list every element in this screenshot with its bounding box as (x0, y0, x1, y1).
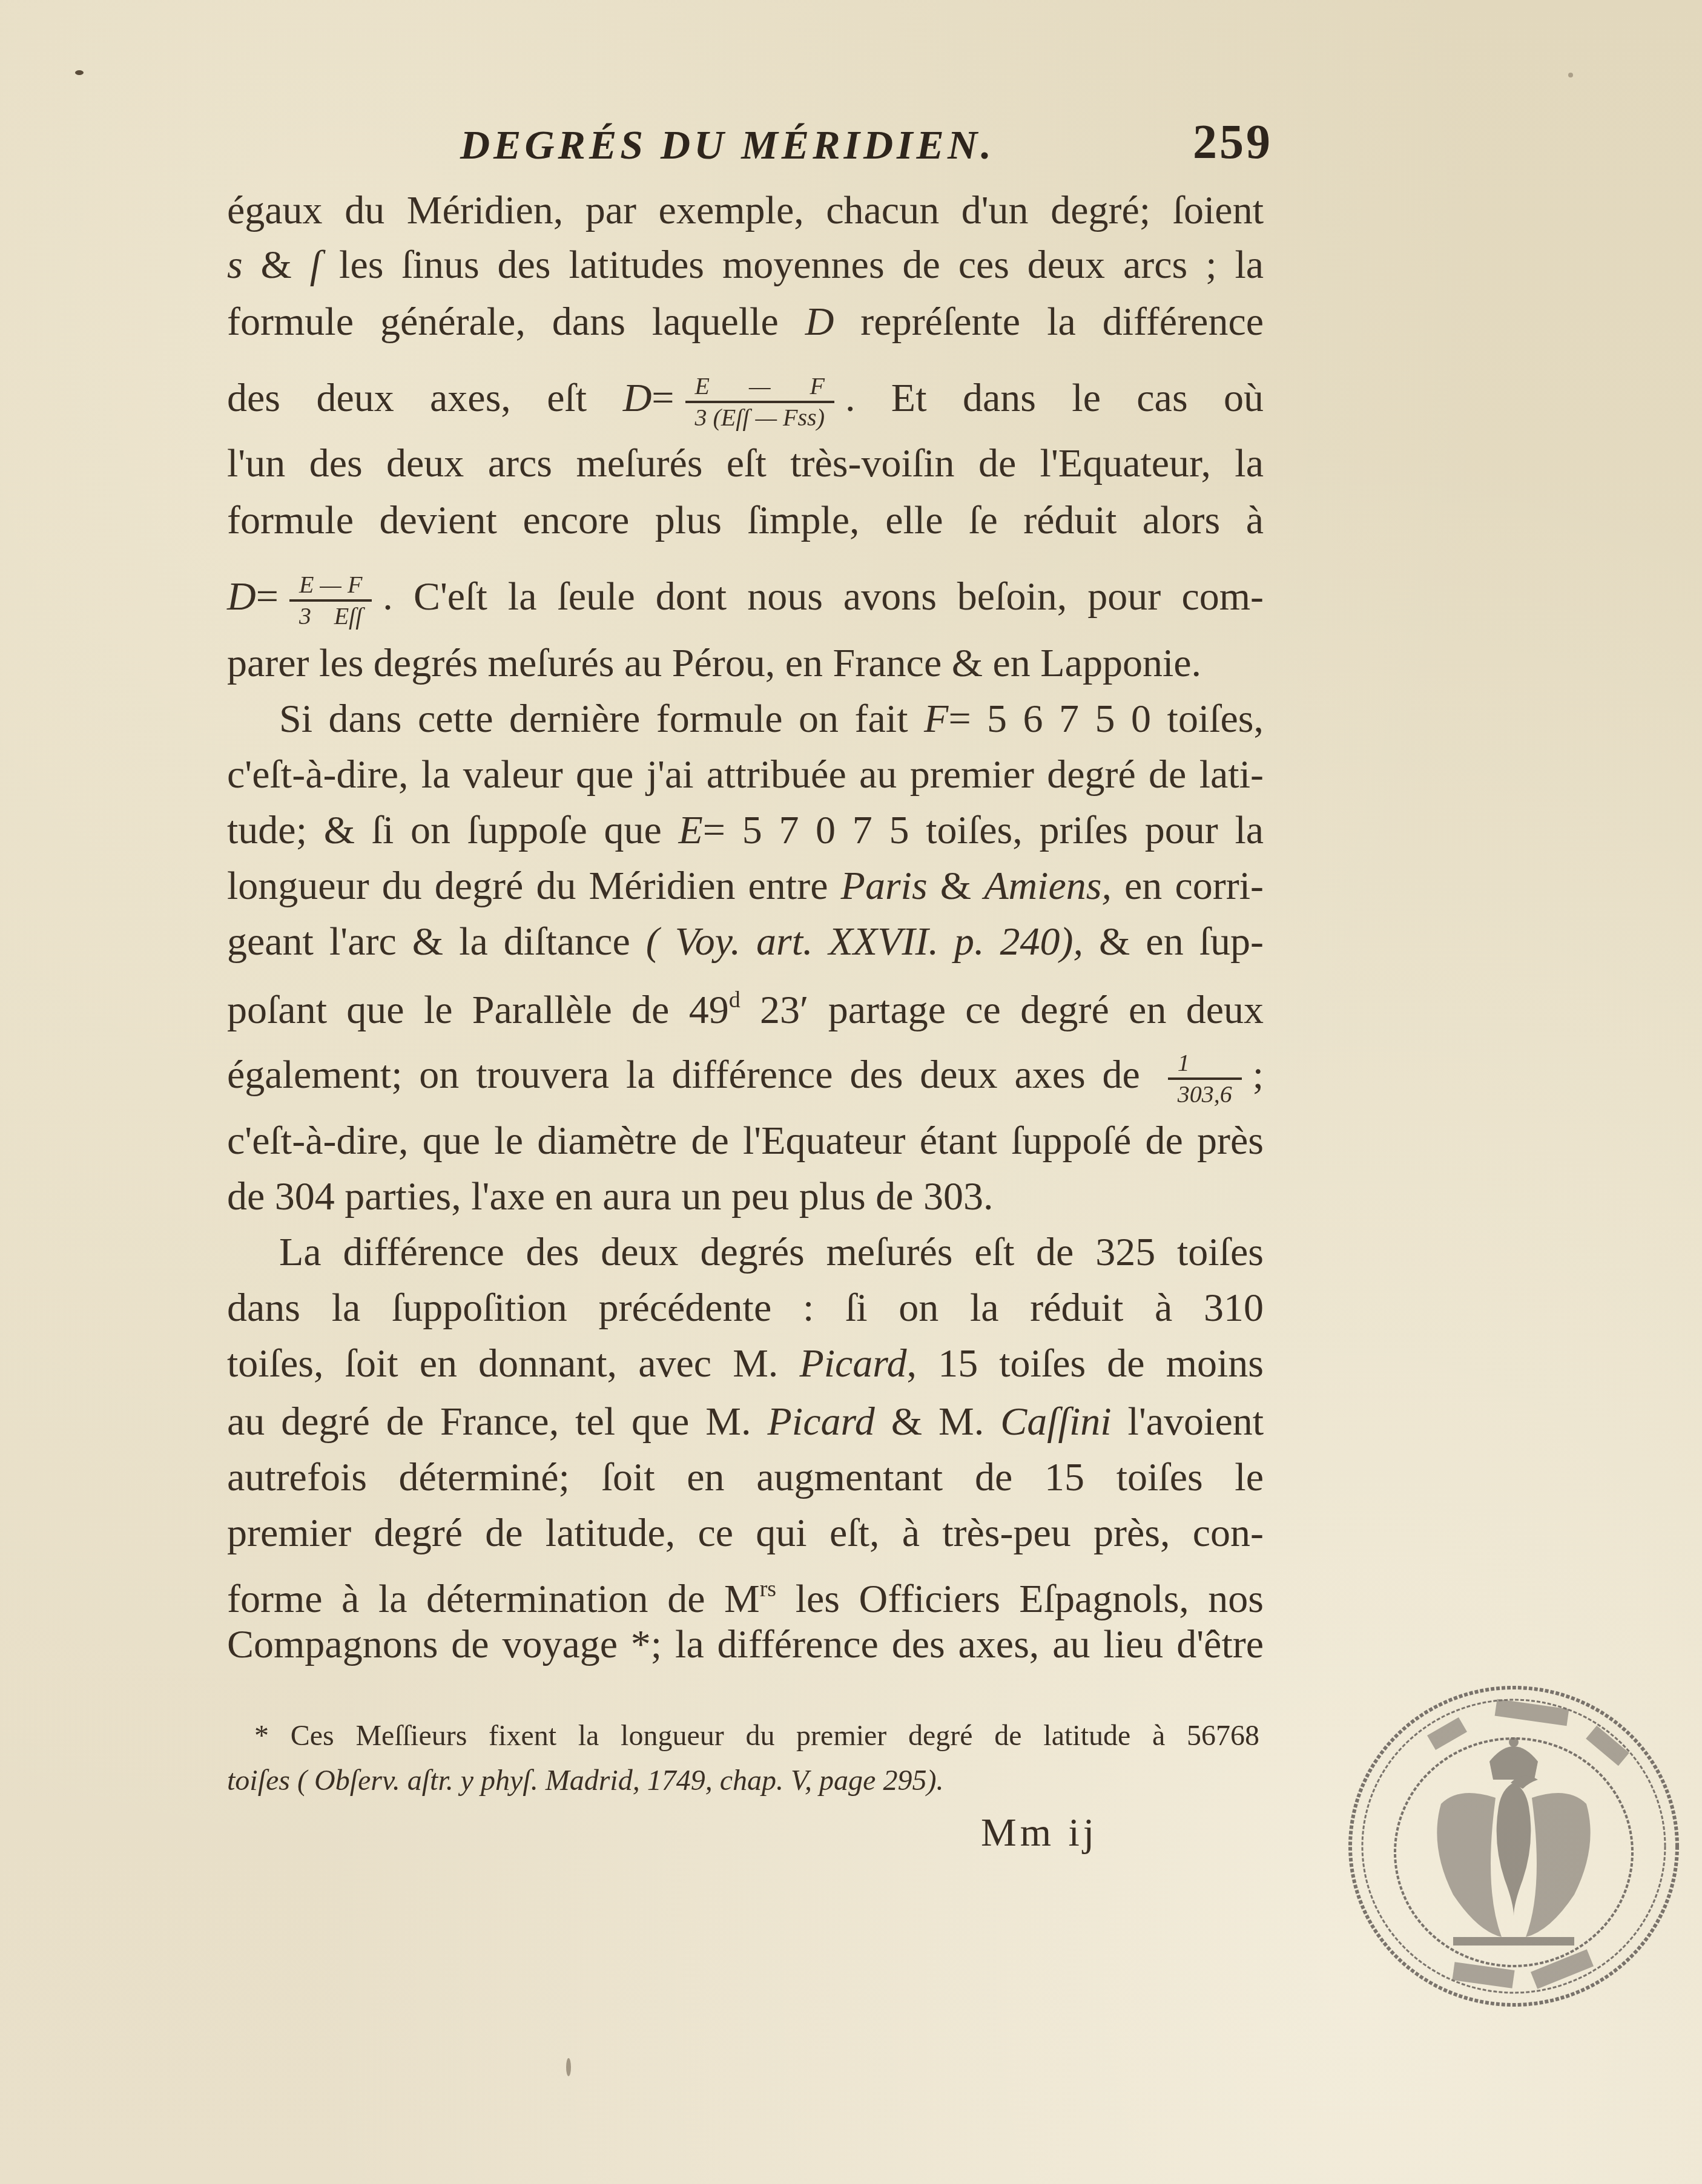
text-span: toiſes, (1167, 697, 1264, 741)
ampersand: & (261, 243, 292, 287)
equals-sign: = (948, 697, 971, 741)
text-line: La différence des deux degrés meſurés eſ… (227, 1228, 1264, 1277)
text-span: en corri- (1124, 864, 1264, 908)
text-span: & en ſup- (1099, 919, 1264, 964)
name-picard: Picard (799, 1341, 906, 1386)
equals-sign: = (651, 376, 674, 420)
text-span: repréſente la différence (860, 300, 1264, 344)
formula-ratio: 1303,6 (1168, 1048, 1242, 1109)
text-span: Compagnons de voyage *; la différence de… (227, 1622, 1264, 1666)
latitude-minutes: 23 (760, 988, 800, 1032)
paper-speck (75, 70, 84, 75)
text-span: de 304 parties, l'axe en aura un peu plu… (227, 1174, 994, 1219)
text-span: toiſes, priſes pour la (926, 808, 1264, 852)
text-line: forme à la détermination de Mrs les Offi… (227, 1565, 1264, 1613)
title-m: M. (938, 1400, 984, 1444)
text-span: tude; & ſi on ſuppoſe que (227, 808, 662, 852)
page: DEGRÉS DU MÉRIDIEN. 259 égaux du Méridie… (0, 0, 1702, 2184)
fraction-numerator: E — F (289, 570, 372, 599)
text-span: longueur du degré du Méridien entre (227, 864, 828, 908)
text-line: longueur du degré du Méridien entre Pari… (227, 862, 1264, 910)
text-span: C'eſt la ſeule dont nous avons beſoin, p… (414, 574, 1264, 619)
signature-mark: Mm ij (981, 1810, 1098, 1856)
degree-mark: d (729, 987, 741, 1013)
semicolon: ; (1253, 1053, 1264, 1097)
latitude-degrees: 49 (689, 988, 729, 1032)
text-span: l'un des deux arcs meſurés eſt très-voiſ… (227, 441, 1264, 485)
fraction-numerator: E — F (685, 372, 834, 401)
formula-general: E — F3 (Eſſ — Fss) (685, 372, 834, 432)
text-line: toiſes, ſoit en donnant, avec M. Picard,… (227, 1340, 1264, 1388)
running-head: DEGRÉS DU MÉRIDIEN. (460, 121, 995, 169)
footnote-citation: toiſes ( Obſerv. aſtr. y phyſ. Madrid, 1… (227, 1765, 943, 1797)
text-span: c'eſt-à-dire, que le diamètre de l'Equat… (227, 1119, 1264, 1163)
text-span: les Officiers Eſpagnols, nos (796, 1577, 1264, 1621)
equals-sign: = (703, 808, 725, 852)
text-span: les ſinus des latitudes moyennes de ces … (339, 243, 1264, 287)
text-line: formule devient encore plus ſimple, elle… (227, 496, 1264, 545)
footnote-line: * Ces Meſſieurs fixent la longueur du pr… (254, 1718, 1259, 1754)
text-span: formule générale, dans laquelle (227, 300, 779, 344)
text-span: premier degré de latitude, ce qui eſt, à… (227, 1511, 1264, 1555)
text-line: formule générale, dans laquelle D repréſ… (227, 298, 1264, 346)
text-line: Compagnons de voyage *; la différence de… (227, 1620, 1264, 1669)
fraction-denominator: 3 (Eſſ — Fss) (685, 401, 834, 432)
formula-lhs: D (227, 574, 256, 619)
page-number: 259 (1193, 115, 1273, 170)
page-header: DEGRÉS DU MÉRIDIEN. 259 (424, 115, 1284, 176)
text-span: des deux axes, eſt (227, 376, 587, 420)
text-span: partage ce degré en deux (828, 988, 1264, 1032)
text-line: geant l'arc & la diſtance ( Voy. art. XX… (227, 918, 1264, 966)
text-span: autrefois déterminé; ſoit en augmentant … (227, 1455, 1264, 1499)
formula-lhs: D (623, 376, 652, 420)
text-line: poſant que le Parallèle de 49d 23′ parta… (227, 976, 1264, 1024)
var-D: D (805, 300, 834, 344)
text-line: autrefois déterminé; ſoit en augmentant … (227, 1453, 1264, 1502)
text-span: La différence des deux degrés meſurés eſ… (279, 1230, 1264, 1274)
text-line: s & ſ les ſinus des latitudes moyennes d… (227, 241, 1264, 289)
text-line: de 304 parties, l'axe en aura un peu plu… (227, 1173, 1264, 1221)
formula-simple: E — F3 Eſſ (289, 570, 372, 631)
title-m: M. (733, 1341, 778, 1386)
text-span: poſant que le Parallèle de (227, 988, 669, 1032)
text-span: égaux du Méridien, par exemple, chacun d… (227, 188, 1264, 232)
fraction-numerator: 1 (1168, 1048, 1242, 1077)
name-picard: Picard (768, 1400, 875, 1444)
text-span: . Et dans le cas où (845, 376, 1264, 420)
title-m: M. (705, 1400, 751, 1444)
text-line-formula: des deux axes, eſt D=E — F3 (Eſſ — Fss).… (227, 362, 1264, 435)
fraction-denominator: 3 Eſſ (289, 599, 372, 631)
title-superscript: rs (760, 1576, 776, 1602)
footnote-line: toiſes ( Obſerv. aſtr. y phyſ. Madrid, 1… (227, 1763, 1232, 1799)
text-line: c'eſt-à-dire, que le diamètre de l'Equat… (227, 1117, 1264, 1165)
F-value: 5 6 7 5 0 (987, 697, 1151, 741)
text-line: égaux du Méridien, par exemple, chacun d… (227, 186, 1264, 235)
text-line: premier degré de latitude, ce qui eſt, à… (227, 1509, 1264, 1557)
text-line: c'eſt-à-dire, la valeur que j'ai attribu… (227, 751, 1264, 799)
cross-reference: ( Voy. art. XXVII. p. 240), (646, 919, 1083, 964)
text-span: formule devient encore plus ſimple, elle… (227, 498, 1264, 542)
fraction-denominator: 303,6 (1168, 1077, 1242, 1109)
text-line: l'un des deux arcs meſurés eſt très-voiſ… (227, 439, 1264, 488)
place-amiens: Amiens, (984, 864, 1112, 908)
paper-speck (566, 2058, 571, 2076)
paper-speck (1568, 73, 1573, 77)
period: . (383, 574, 393, 619)
text-span: , 15 toiſes de moins (907, 1341, 1264, 1386)
text-line: dans la ſuppoſition précédente : ſi on l… (227, 1284, 1264, 1332)
name-cassini: Caſſini (1000, 1400, 1111, 1444)
text-line: parer les degrés meſurés au Pérou, en Fr… (227, 639, 1264, 688)
text-span: c'eſt-à-dire, la valeur que j'ai attribu… (227, 752, 1264, 797)
text-span: toiſes, ſoit en donnant, avec (227, 1341, 711, 1386)
text-line-formula: D=E — F3 Eſſ. C'eſt la ſeule dont nous a… (227, 561, 1264, 633)
text-span: au degré de France, tel que (227, 1400, 689, 1444)
ampersand: & (940, 864, 971, 908)
E-value: 5 7 0 7 5 (742, 808, 909, 852)
text-line: au degré de France, tel que M. Picard & … (227, 1398, 1264, 1446)
text-span: Si dans cette dernière formule on fait (279, 697, 908, 741)
text-line: Si dans cette dernière formule on fait F… (227, 695, 1264, 743)
text-span: forme à la détermination de (227, 1577, 705, 1621)
ampersand: & (891, 1400, 922, 1444)
var-s: s (227, 243, 243, 287)
minute-mark: ′ (800, 988, 808, 1032)
text-span: dans la ſuppoſition précédente : ſi on l… (227, 1286, 1264, 1330)
text-span: geant l'arc & la diſtance (227, 919, 630, 964)
library-stamp-icon (1338, 1671, 1689, 2022)
text-line: tude; & ſi on ſuppoſe que E= 5 7 0 7 5 t… (227, 806, 1264, 855)
title-messieurs: M (724, 1577, 760, 1621)
var-F: F (924, 697, 948, 741)
text-span: l'avoient (1128, 1400, 1264, 1444)
place-paris: Paris (841, 864, 928, 908)
text-span: parer les degrés meſurés au Pérou, en Fr… (227, 641, 1201, 685)
text-span: également; on trouvera la différence des… (227, 1053, 1140, 1097)
text-line-formula: également; on trouvera la différence des… (227, 1039, 1264, 1111)
var-long-s: ſ (310, 243, 321, 287)
var-E: E (678, 808, 702, 852)
equals-sign: = (256, 574, 279, 619)
